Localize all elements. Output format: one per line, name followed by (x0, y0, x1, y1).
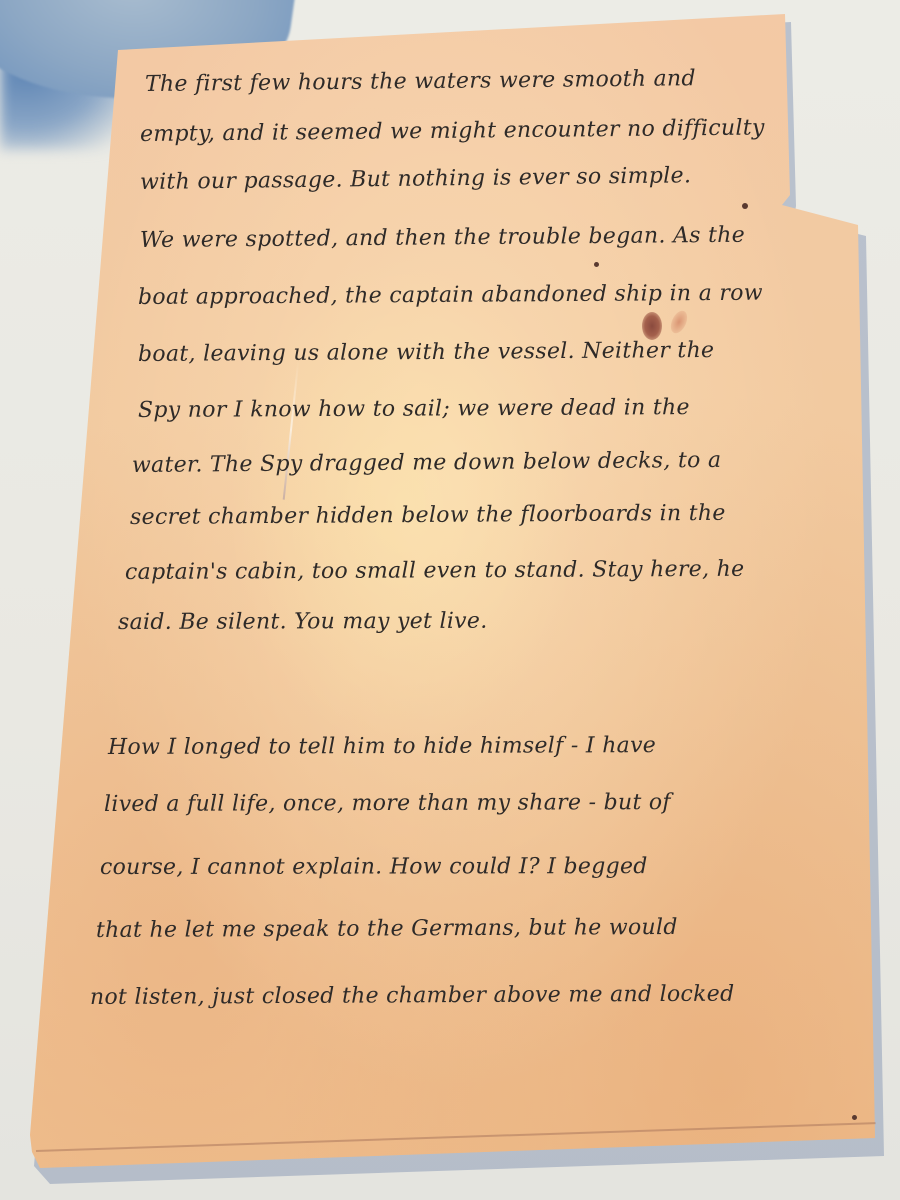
text-line: boat approached, the captain abandoned s… (138, 281, 763, 310)
text-line: We were spotted, and then the trouble be… (140, 223, 745, 253)
text-line: captain's cabin, too small even to stand… (125, 557, 745, 585)
text-line: said. Be silent. You may yet live. (118, 609, 488, 635)
text-line: secret chamber hidden below the floorboa… (130, 501, 726, 530)
text-line: empty, and it seemed we might encounter … (140, 115, 765, 147)
text-line: The first few hours the waters were smoo… (145, 66, 696, 97)
text-line: How I longed to tell him to hide himself… (108, 733, 656, 760)
text-line: course, I cannot explain. How could I? I… (100, 854, 648, 880)
text-line: Spy nor I know how to sail; we were dead… (138, 395, 690, 423)
text-line: water. The Spy dragged me down below dec… (132, 448, 722, 478)
text-line: boat, leaving us alone with the vessel. … (138, 338, 714, 367)
text-line: that he let me speak to the Germans, but… (96, 915, 678, 943)
text-line: lived a full life, once, more than my sh… (104, 790, 671, 817)
letter-text: The first few hours the waters were smoo… (0, 0, 900, 1200)
text-line: with our passage. But nothing is ever so… (140, 163, 691, 195)
text-line: not listen, just closed the chamber abov… (90, 982, 735, 1010)
